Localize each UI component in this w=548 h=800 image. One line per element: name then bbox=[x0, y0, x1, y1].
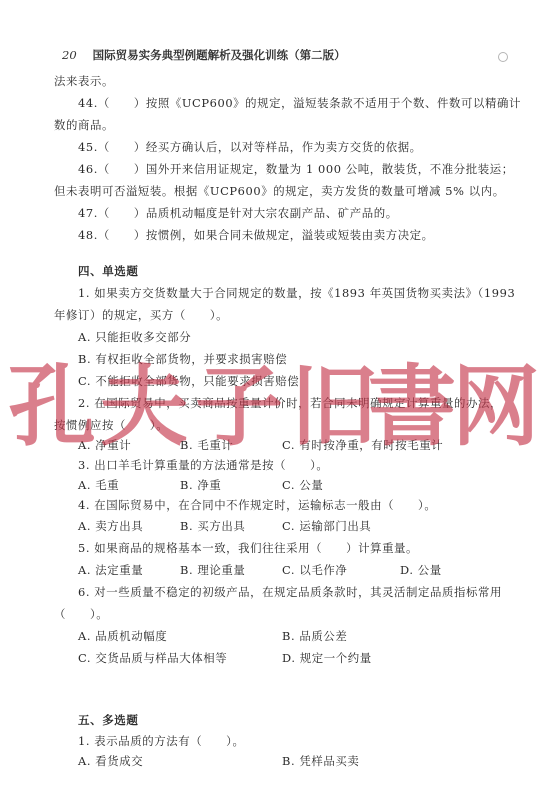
continuation-text: 法来表示。 bbox=[54, 73, 114, 89]
sc-q1-stem: 1. 如果卖方交货数量大于合同规定的数量，按《1893 年英国货物买卖法》（19… bbox=[78, 285, 515, 301]
tf-item-48: 48.（ ）按惯例，如果合同未做规定，溢装或短装由卖方决定。 bbox=[78, 227, 434, 243]
sc-q2-stem-cont: 按惯例应按（ ）。 bbox=[54, 417, 168, 433]
sc-q1-option-b: B. 有权拒收全部货物，并要求损害赔偿 bbox=[78, 351, 287, 367]
sc-q3-option-a: A. 毛重 bbox=[78, 477, 119, 493]
tf-item-47: 47.（ ）品质机动幅度是针对大宗农副产品、矿产品的。 bbox=[78, 205, 398, 221]
mc-q1-option-b: B. 凭样品买卖 bbox=[282, 753, 359, 769]
sc-q3-option-c: C. 公量 bbox=[282, 477, 323, 493]
sc-q6-stem: 6. 对一些质量不稳定的初级产品，在规定品质条款时，其灵活制定品质指标常用 bbox=[78, 584, 502, 600]
circle-mark-icon bbox=[498, 52, 508, 62]
sc-q4-option-a: A. 卖方出具 bbox=[78, 518, 143, 534]
sc-q4-option-b: B. 买方出具 bbox=[180, 518, 245, 534]
sc-q6-option-c: C. 交货品质与样品大体相等 bbox=[78, 650, 227, 666]
section-title-multiple-choice: 五、多选题 bbox=[78, 712, 139, 728]
book-title: 国际贸易实务典型例题解析及强化训练（第二版） bbox=[93, 48, 346, 62]
sc-q6-option-a: A. 品质机动幅度 bbox=[78, 628, 167, 644]
sc-q6-stem-cont: （ ）。 bbox=[54, 606, 108, 622]
sc-q2-option-c: C. 有时按净重，有时按毛重计 bbox=[282, 437, 443, 453]
sc-q4-option-c: C. 运输部门出具 bbox=[282, 518, 371, 534]
sc-q2-stem: 2. 在国际贸易中，买卖商品按重量计价时，若合同未明确规定计算重量的办法， bbox=[78, 395, 502, 411]
running-header: 20国际贸易实务典型例题解析及强化训练（第二版） bbox=[62, 47, 482, 65]
sc-q2-option-a: A. 净重计 bbox=[78, 437, 131, 453]
tf-item-45: 45.（ ）经买方确认后，以对等样品，作为卖方交货的依据。 bbox=[78, 139, 422, 155]
sc-q5-stem: 5. 如果商品的规格基本一致，我们往往采用（ ）计算重量。 bbox=[78, 540, 418, 556]
sc-q1-option-a: A. 只能拒收多交部分 bbox=[78, 329, 191, 345]
book-page: 20国际贸易实务典型例题解析及强化训练（第二版） 法来表示。 44.（ ）按照《… bbox=[0, 0, 548, 800]
sc-q6-option-b: B. 品质公差 bbox=[282, 628, 347, 644]
sc-q1-stem-cont: 年修订）的规定，买方（ ）。 bbox=[54, 307, 228, 323]
sc-q2-option-b: B. 毛重计 bbox=[180, 437, 233, 453]
sc-q3-stem: 3. 出口羊毛计算重量的方法通常是按（ ）。 bbox=[78, 457, 328, 473]
section-title-single-choice: 四、单选题 bbox=[78, 263, 139, 279]
mc-q1-stem: 1. 表示品质的方法有（ ）。 bbox=[78, 733, 244, 749]
page-number: 20 bbox=[62, 48, 77, 62]
sc-q5-option-c: C. 以毛作净 bbox=[282, 562, 347, 578]
tf-item-46: 46.（ ）国外开来信用证规定，数量为 1 000 公吨，散装货，不准分批装运； bbox=[78, 161, 514, 177]
sc-q1-option-c: C. 不能拒收全部货物，只能要求损害赔偿 bbox=[78, 373, 299, 389]
sc-q5-option-d: D. 公量 bbox=[400, 562, 442, 578]
tf-item-46-cont: 但未表明可否溢短装。根据《UCP600》的规定，卖方发货的数量可增减 5% 以内… bbox=[54, 183, 505, 199]
tf-item-44-cont: 数的商品。 bbox=[54, 117, 114, 133]
sc-q4-stem: 4. 在国际贸易中，在合同中不作规定时，运输标志一般由（ ）。 bbox=[78, 497, 436, 513]
tf-item-44: 44.（ ）按照《UCP600》的规定，溢短装条款不适用于个数、件数可以精确计 bbox=[78, 95, 521, 111]
sc-q5-option-b: B. 理论重量 bbox=[180, 562, 245, 578]
mc-q1-option-a: A. 看货成交 bbox=[78, 753, 143, 769]
sc-q6-option-d: D. 规定一个约量 bbox=[282, 650, 372, 666]
sc-q5-option-a: A. 法定重量 bbox=[78, 562, 143, 578]
sc-q3-option-b: B. 净重 bbox=[180, 477, 221, 493]
